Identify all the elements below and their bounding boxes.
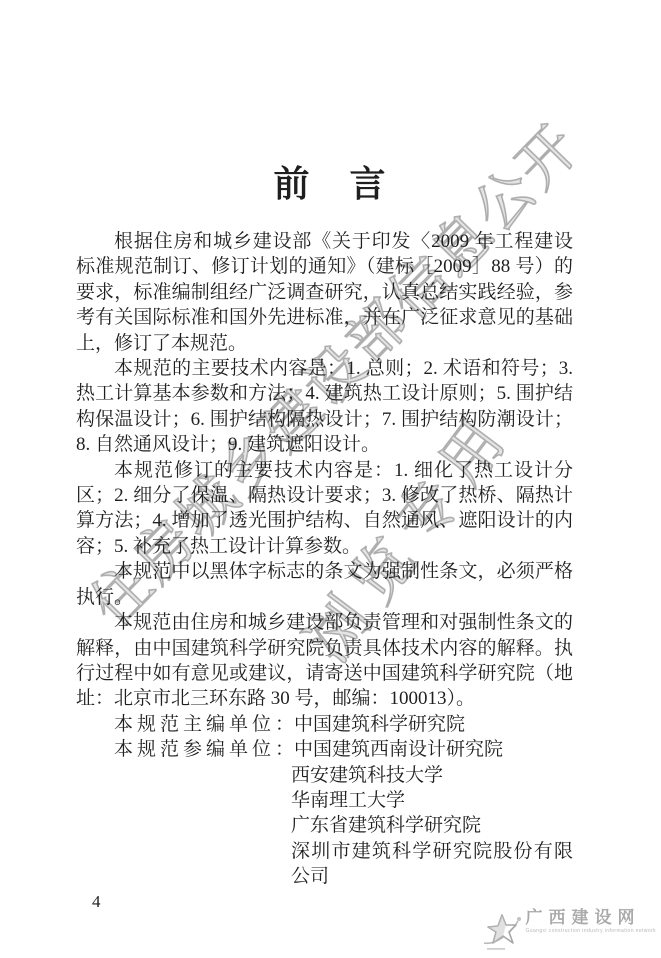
chief-editor-label: 本规范主编单位 bbox=[114, 714, 275, 735]
participating-unit: 广东省建筑科学研究院 bbox=[291, 813, 573, 838]
paragraph-5: 本规范由住房和城乡建设部负责管理和对强制性条文的解释，由中国建筑科学研究院负责具… bbox=[76, 610, 573, 712]
logo-text: 广西建设网 bbox=[526, 908, 657, 928]
participating-unit: 中国建筑西南设计研究院 bbox=[294, 739, 503, 760]
participating-unit: 深圳市建筑科学研究院股份有限公司 bbox=[291, 839, 573, 890]
participating-label: 本规范参编单位 bbox=[114, 739, 275, 760]
participating-colon: ： bbox=[275, 739, 294, 760]
participating-editor-line: 本规范参编单位：中国建筑西南设计研究院 bbox=[76, 737, 573, 762]
logo-tagline: Guangxi construction industry informatio… bbox=[526, 928, 657, 934]
paragraph-1: 根据住房和城乡建设部《关于印发〈2009 年工程建设标准规范制订、修订计划的通知… bbox=[76, 229, 573, 356]
page-number: 4 bbox=[92, 892, 101, 912]
paragraph-3: 本规范修订的主要技术内容是：1. 细化了热工设计分区；2. 细分了保温、隔热设计… bbox=[76, 458, 573, 560]
document-page: 住房城乡建设部信息公开 浏览专用 前 言 根据住房和城乡建设部《关于印发〈200… bbox=[0, 0, 661, 958]
star-logo-icon bbox=[482, 910, 524, 954]
chief-editor-value: 中国建筑科学研究院 bbox=[294, 714, 465, 735]
chief-editor-colon: ： bbox=[275, 714, 294, 735]
document-body: 根据住房和城乡建设部《关于印发〈2009 年工程建设标准规范制订、修订计划的通知… bbox=[76, 229, 573, 890]
paragraph-4: 本规范中以黑体字标志的条文为强制性条文，必须严格执行。 bbox=[76, 559, 573, 610]
page-title: 前 言 bbox=[0, 156, 661, 207]
chief-editor-line: 本规范主编单位：中国建筑科学研究院 bbox=[76, 712, 573, 737]
participating-unit: 西安建筑科技大学 bbox=[291, 763, 573, 788]
participating-unit: 华南理工大学 bbox=[291, 788, 573, 813]
paragraph-2: 本规范的主要技术内容是：1. 总则；2. 术语和符号；3. 热工计算基本参数和方… bbox=[76, 356, 573, 458]
site-logo: 广西建设网 Guangxi construction industry info… bbox=[482, 908, 657, 954]
